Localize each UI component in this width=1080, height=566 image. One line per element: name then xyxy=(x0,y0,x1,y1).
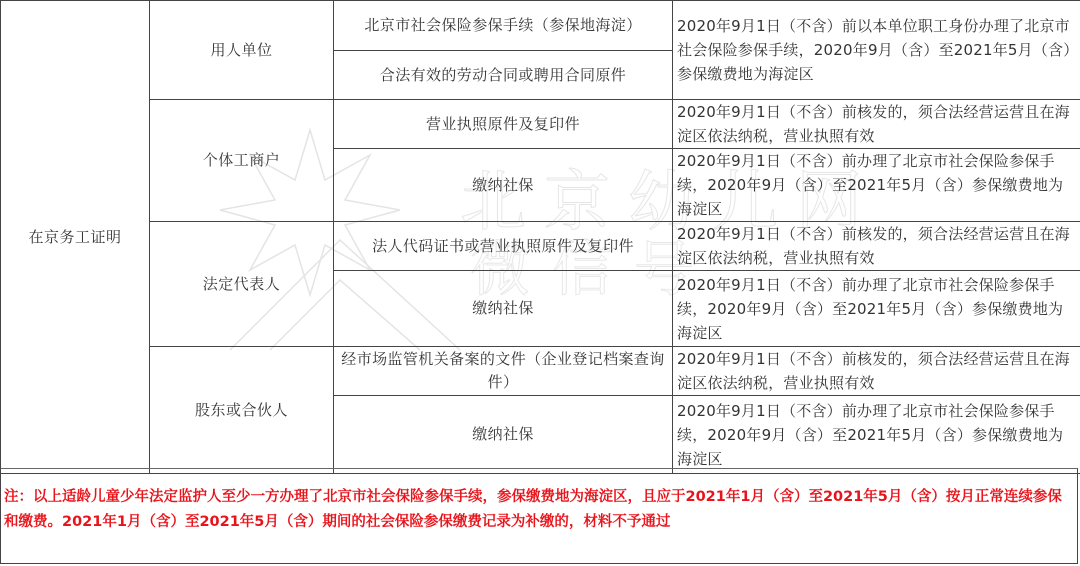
applicant-type-cell: 用人单位 xyxy=(150,1,334,100)
document-cell: 缴纳社保 xyxy=(334,396,673,474)
description-cell: 2020年9月1日（不含）前核发的，须合法经营运营且在海淀区依法纳税，营业执照有… xyxy=(673,100,1080,149)
table-row: 个体工商户 营业执照原件及复印件 2020年9月1日（不含）前核发的，须合法经营… xyxy=(1,100,1080,149)
applicant-type-cell: 股东或合伙人 xyxy=(150,347,334,474)
table-row: 在京务工证明 用人单位 北京市社会保险参保手续（参保地海淀） 2020年9月1日… xyxy=(1,1,1080,51)
document: 北京幼儿网 微信号： 在京务工证明 用人单位 北京市社会保险参保手续（参保地海淀… xyxy=(0,0,1080,566)
document-cell: 北京市社会保险参保手续（参保地海淀） xyxy=(334,1,673,51)
requirements-table: 在京务工证明 用人单位 北京市社会保险参保手续（参保地海淀） 2020年9月1日… xyxy=(0,0,1080,474)
document-cell: 缴纳社保 xyxy=(334,149,673,222)
description-cell: 2020年9月1日（不含）前办理了北京市社会保险参保手续，2020年9月（含）至… xyxy=(673,271,1080,347)
description-cell: 2020年9月1日（不含）前办理了北京市社会保险参保手续，2020年9月（含）至… xyxy=(673,149,1080,222)
document-cell: 法人代码证书或营业执照原件及复印件 xyxy=(334,222,673,271)
table-row: 法定代表人 法人代码证书或营业执照原件及复印件 2020年9月1日（不含）前核发… xyxy=(1,222,1080,271)
description-cell: 2020年9月1日（不含）前核发的，须合法经营运营且在海淀区依法纳税，营业执照有… xyxy=(673,347,1080,396)
document-cell: 经市场监管机关备案的文件（企业登记档案查询件） xyxy=(334,347,673,396)
description-cell: 2020年9月1日（不含）前以本单位职工身份办理了北京市社会保险参保手续，202… xyxy=(673,1,1080,100)
category-cell: 在京务工证明 xyxy=(1,1,150,474)
document-cell: 缴纳社保 xyxy=(334,271,673,347)
applicant-type-cell: 个体工商户 xyxy=(150,100,334,222)
table-row: 股东或合伙人 经市场监管机关备案的文件（企业登记档案查询件） 2020年9月1日… xyxy=(1,347,1080,396)
applicant-type-cell: 法定代表人 xyxy=(150,222,334,347)
document-cell: 营业执照原件及复印件 xyxy=(334,100,673,149)
description-cell: 2020年9月1日（不含）前办理了北京市社会保险参保手续，2020年9月（含）至… xyxy=(673,396,1080,474)
description-cell: 2020年9月1日（不含）前核发的，须合法经营运营且在海淀区依法纳税，营业执照有… xyxy=(673,222,1080,271)
document-cell: 合法有效的劳动合同或聘用合同原件 xyxy=(334,51,673,100)
footnote: 注：以上适龄儿童少年法定监护人至少一方办理了北京市社会保险参保手续，参保缴费地为… xyxy=(0,468,1078,564)
